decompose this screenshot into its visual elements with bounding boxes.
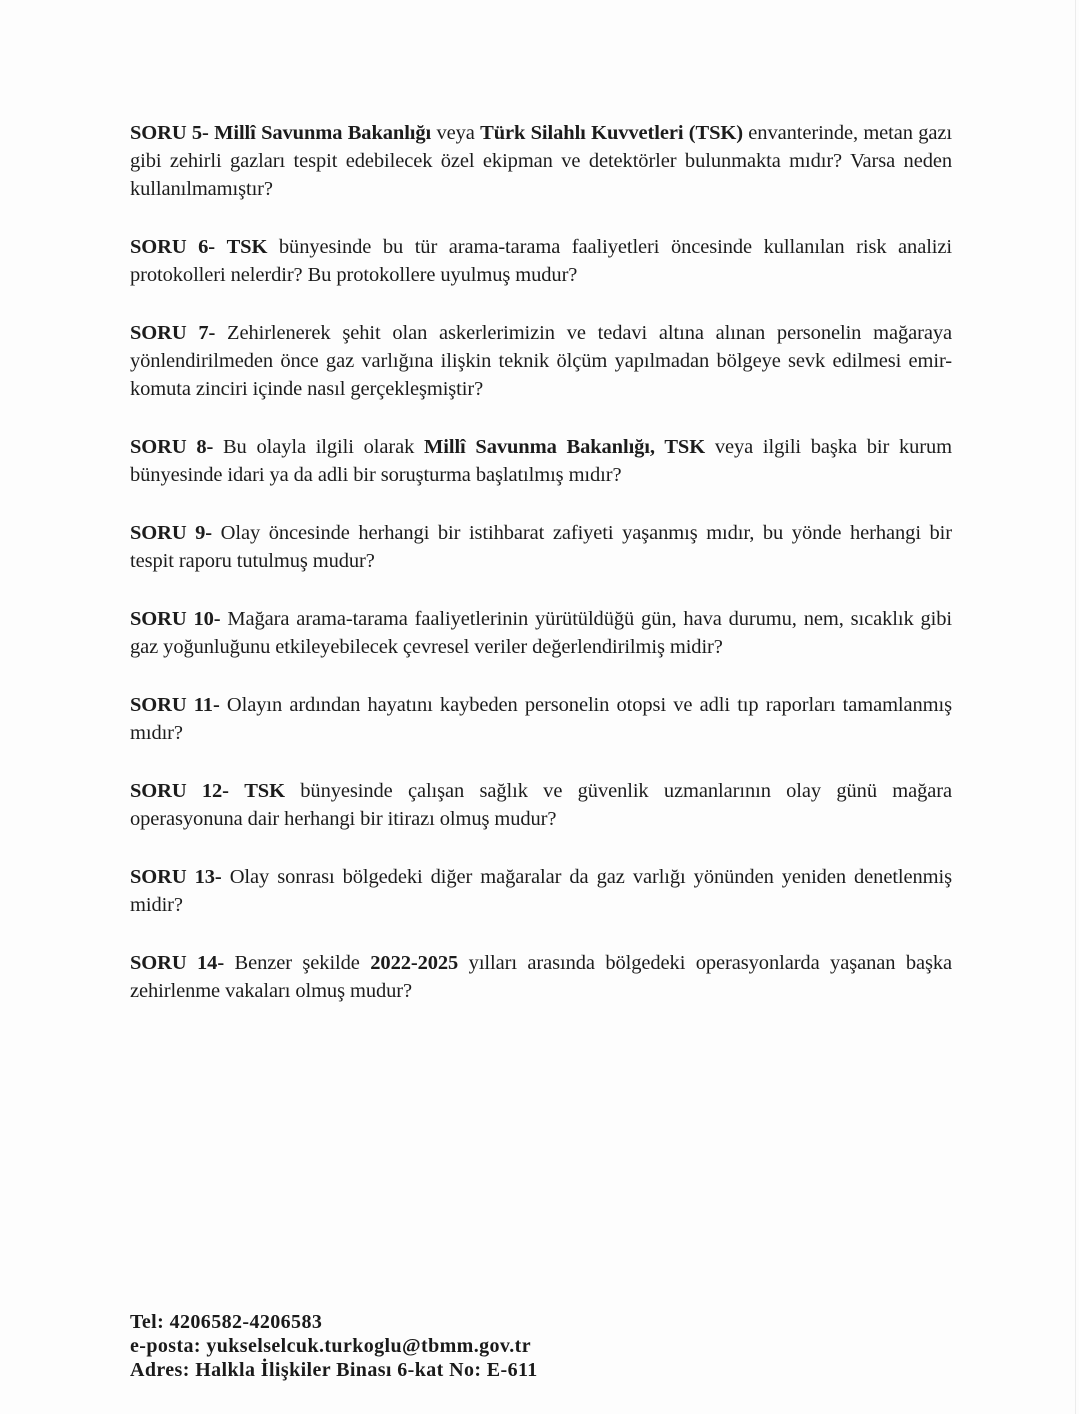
question-text: Olayın ardından hayatını kaybeden person… xyxy=(130,694,952,744)
question-item: SORU 8- Bu olayla ilgili olarak Millî Sa… xyxy=(130,433,952,489)
question-text: Olay sonrası bölgedeki diğer mağaralar d… xyxy=(130,866,952,916)
question-text: Bu olayla ilgili olarak xyxy=(213,436,424,458)
question-number: SORU 10- xyxy=(130,608,220,630)
question-text: Olay öncesinde herhangi bir istihbarat z… xyxy=(130,522,952,572)
question-text: Benzer şekilde xyxy=(224,952,370,974)
question-item: SORU 6- TSK bünyesinde bu tür arama-tara… xyxy=(130,233,952,289)
question-number: SORU 8- xyxy=(130,436,213,458)
question-number: SORU 7- xyxy=(130,322,215,344)
question-item: SORU 10- Mağara arama-tarama faaliyetler… xyxy=(130,605,952,661)
question-item: SORU 11- Olayın ardından hayatını kaybed… xyxy=(130,691,952,747)
footer-address: Adres: Halkla İlişkiler Binası 6-kat No:… xyxy=(130,1358,538,1382)
contact-footer: Tel: 4206582-4206583 e-posta: yukselselc… xyxy=(130,1310,538,1382)
question-number: SORU 11- xyxy=(130,694,220,716)
question-item: SORU 13- Olay sonrası bölgedeki diğer ma… xyxy=(130,863,952,919)
question-item: SORU 12- TSK bünyesinde çalışan sağlık v… xyxy=(130,777,952,833)
question-number: SORU 9- xyxy=(130,522,212,544)
question-item: SORU 7- Zehirlenerek şehit olan askerler… xyxy=(130,319,952,403)
question-item: SORU 9- Olay öncesinde herhangi bir isti… xyxy=(130,519,952,575)
question-number: SORU 5- xyxy=(130,122,209,144)
question-item: SORU 14- Benzer şekilde 2022-2025 yıllar… xyxy=(130,949,952,1005)
question-number: SORU 12- xyxy=(130,780,229,802)
footer-phone: Tel: 4206582-4206583 xyxy=(130,1310,538,1334)
question-emphasis: Millî Savunma Bakanlığı xyxy=(214,122,431,144)
question-number: SORU 14- xyxy=(130,952,224,974)
question-emphasis: Türk Silahlı Kuvvetleri (TSK) xyxy=(480,122,743,144)
question-emphasis: 2022-2025 xyxy=(370,952,458,974)
question-emphasis: Millî Savunma Bakanlığı, TSK xyxy=(424,436,705,458)
footer-email: e-posta: yukselselcuk.turkoglu@tbmm.gov.… xyxy=(130,1334,538,1358)
question-text: veya xyxy=(431,122,480,144)
scan-edge-line xyxy=(1075,0,1076,1414)
question-text: Mağara arama-tarama faaliyetlerinin yürü… xyxy=(130,608,952,658)
question-emphasis: TSK xyxy=(244,780,285,802)
question-number: SORU 13- xyxy=(130,866,222,888)
question-text: Zehirlenerek şehit olan askerlerimizin v… xyxy=(130,322,952,400)
question-text xyxy=(215,236,227,258)
question-number: SORU 6- xyxy=(130,236,215,258)
question-item: SORU 5- Millî Savunma Bakanlığı veya Tür… xyxy=(130,119,952,203)
question-emphasis: TSK xyxy=(227,236,268,258)
question-list: SORU 5- Millî Savunma Bakanlığı veya Tür… xyxy=(130,119,952,1035)
question-text xyxy=(229,780,244,802)
